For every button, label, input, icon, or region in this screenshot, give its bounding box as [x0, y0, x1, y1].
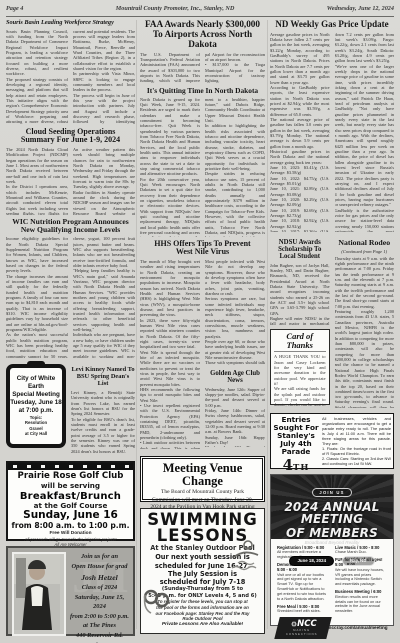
right-sub-left: NDSU Awards Scholarship To Local Student…	[270, 236, 330, 408]
schedule-item-text: We will have bouncy houses, VR games and…	[335, 568, 384, 587]
article-text: North Dakota is geared up for Quit Week,…	[140, 97, 200, 237]
article-title: It's Quitting Time In North Dakota	[140, 87, 265, 95]
ad-prairie-rose-golf: Prairie Rose Golf Club will be serving B…	[6, 461, 135, 541]
ad-time: from 8:00 a.m. to 1:00 p.m.	[8, 521, 133, 530]
article-quitting-time: It's Quitting Time In North Dakota North…	[140, 87, 265, 237]
ad-line: Breakfast/Brunch	[8, 491, 133, 502]
ad-org: City of White Earth	[10, 375, 62, 391]
ad-line: Special Meeting	[10, 391, 62, 399]
ad-open-house: JH Join us for an Open House for grad Jo…	[6, 546, 135, 636]
article-text: Income eligibility guidelines for the No…	[6, 236, 68, 358]
ad-line: Join us for an	[70, 552, 129, 562]
issue-date: Wednesday, June 12, 2024	[327, 6, 394, 12]
article-text: Levi Kinney, a Bemidji State University …	[71, 390, 135, 454]
article-levi-kinney: Levi Kinney Named To BSU Spring Dean's L…	[71, 364, 135, 456]
ad-line: Tuesday, June 18	[10, 399, 62, 407]
article-title: ND Weekly Gas Price Update	[270, 20, 394, 30]
article-faa: FAA Awards Nearly $300,000 To Airports A…	[140, 20, 265, 84]
ncc-logo-subtext: MAKING CONNECTIONS	[286, 629, 318, 637]
grad-name: Josh Hetzel	[70, 572, 129, 583]
goggles-icon	[143, 585, 169, 615]
continued-note: (Continued from Page 1)	[335, 249, 395, 255]
ad-body: All businesses, vehicles and organizatio…	[322, 416, 391, 466]
ad-address: 440 Reservoir Rd.	[70, 631, 129, 641]
gas-price-history: June 10, 2023: $3.41/g (U.S. Average: $3…	[270, 165, 330, 232]
ad-july4-parade: Entries Sought For Stanley's July 4th Pa…	[270, 413, 394, 469]
left-bottom-row: City of White Earth Special Meeting Tues…	[6, 364, 135, 456]
clipboard-clip	[27, 361, 45, 368]
article-text: Thursday starts at 9 a.m. with the eight…	[335, 256, 395, 408]
ad-line: will be serving	[8, 482, 133, 490]
left-column: Souris Basin Leading Workforce Strategy …	[6, 17, 135, 636]
schedule-item-text: Visit one or all of our booths and get s…	[277, 573, 326, 602]
newspaper-page: Page 4 Mountrail County Promoter, Inc., …	[0, 0, 400, 643]
article-text: The 2024 North Dakota Cloud Modification…	[6, 147, 68, 215]
ad-title: 2024 ANNUAL MEETING	[271, 501, 393, 525]
ad-line: at City Hall	[10, 431, 62, 437]
filmstrip-border	[8, 463, 133, 470]
article-title: FAA Awards Nearly $300,000 To Airports A…	[140, 20, 265, 50]
ncc-website-url: nccray.com/annualmeeting	[329, 626, 388, 631]
publication-name: Mountrail County Promoter, Inc., Stanley…	[116, 6, 235, 12]
article-title: WIC Nutrition Program Announces New Qual…	[6, 218, 135, 234]
ad-open-house-text: Join us for an Open House for grad Josh …	[70, 552, 129, 630]
swimmer-icon	[228, 537, 262, 571]
article-title: National Rodeo	[335, 239, 395, 247]
article-national-rodeo: National Rodeo (Continued from Page 1) T…	[335, 236, 395, 408]
ad-line: Class of 2024	[70, 583, 129, 593]
article-text: cheese, yogurt, 100 percent fruit juices…	[73, 236, 135, 358]
right-column: ND Weekly Gas Price Update Average gasol…	[270, 17, 394, 626]
ad-ncc-annual-meeting: JOIN US 2024 ANNUAL MEETING OF MEMBERS B…	[270, 474, 394, 626]
article-text: current and potential residents. The pro…	[73, 29, 135, 125]
article-text: The U.S. Department of Transportation's …	[140, 52, 200, 84]
card-of-thanks-text: A HUGE THANK YOU to Jason and Casey Lock…	[274, 354, 326, 407]
ad-line: at 7:00 p.m.	[10, 407, 62, 415]
masthead: Page 4 Mountrail County Promoter, Inc., …	[6, 6, 394, 17]
article-text: down 7.2 cents per gallon from last week…	[335, 32, 395, 232]
article-text: An active weather pattern this week shou…	[73, 147, 135, 215]
ad-date: Saturday, June 15, 2024	[70, 593, 129, 612]
schedule-item-text: Shredded beef with sides.	[277, 609, 321, 613]
page-number: Page 4	[6, 6, 23, 12]
article-wic: WIC Nutrition Program Announces New Qual…	[6, 218, 135, 358]
join-us-pill: JOIN US	[312, 488, 351, 497]
middle-column: FAA Awards Nearly $300,000 To Airports A…	[140, 17, 265, 634]
article-text: Souris Basin Planning Council, with fund…	[6, 29, 68, 125]
column-divider	[267, 20, 268, 629]
ad-white-earth-meeting: City of White Earth Special Meeting Tues…	[6, 364, 66, 456]
ad-date: Sunday, June 16	[8, 510, 133, 522]
article-title-golden-age: Golden Age Club News	[205, 370, 265, 385]
date-pill: June 18, 2024	[289, 556, 334, 566]
article-text: pal Airport for the reconstruction of an…	[205, 52, 265, 84]
article-title: HHS Offers Tips To Prevent West Nile Vir…	[140, 240, 265, 257]
column-divider	[136, 20, 137, 629]
card-of-thanks: Card of Thanks A HUGE THANK YOU to Jason…	[270, 329, 330, 405]
article-cloud-seeding: Cloud Seeding Operations Summary For Jun…	[6, 128, 135, 215]
ad-time: from 2:00 to 5:00 p.m.	[70, 612, 129, 622]
article-workforce: Souris Basin Leading Workforce Strategy …	[6, 20, 135, 125]
article-text: Most people infected with West Nile do n…	[205, 259, 265, 367]
article-text: Average gasoline prices in North Dakota …	[270, 32, 330, 165]
article-title: NDSU Awards Scholarship To Local Student	[270, 239, 330, 261]
ad-tagline: Broadband Beyond Reality	[271, 540, 393, 546]
article-west-nile: HHS Offers Tips To Prevent West Nile Vir…	[140, 240, 265, 449]
ad-line: at The Pines	[70, 621, 129, 631]
article-text: The month of May brought wet weather and…	[140, 259, 200, 449]
ad-swimming-lessons: SWIMMING LESSONS At the Stanley Outdoor …	[140, 508, 265, 634]
ad-title: Meeting Venue Change	[147, 462, 258, 487]
ad-line: Private Lessons Are Also Available!	[141, 622, 264, 629]
ad-meeting-venue-change: Meeting Venue Change The Board of Mountr…	[140, 456, 265, 502]
graphic-4: 4	[283, 456, 293, 474]
grad-photo-illustration	[14, 554, 60, 630]
article-title: Cloud Seeding Operations Summary For Jun…	[6, 128, 135, 145]
article-text: Wednesday, June 12th: Supper of sloppy-j…	[205, 387, 265, 447]
article-ndsu: NDSU Awards Scholarship To Local Student…	[270, 239, 330, 325]
ad-title: Entries Sought For Stanley's July 4th Pa…	[273, 416, 319, 456]
article-text: John Bugbee, son of Jaclyn Hall, Stanley…	[270, 263, 330, 325]
ncc-footer: ⚙NCC MAKING CONNECTIONS nccray.com/annua…	[271, 616, 393, 643]
ncc-ad-header: JOIN US 2024 ANNUAL MEETING OF MEMBERS B…	[271, 475, 393, 539]
ad-title: OF MEMBERS	[271, 527, 393, 539]
article-title: Levi Kinney Named To BSU Spring Dean's L…	[71, 367, 135, 388]
article-gas-prices: ND Weekly Gas Price Update Average gasol…	[270, 20, 394, 232]
article-title: Souris Basin Leading Workforce Strategy	[6, 20, 135, 27]
schedule-item-text: Election results and more details can be…	[335, 595, 381, 614]
ad-line: Open House for grad	[70, 562, 129, 572]
ncc-logo: ⚙NCC MAKING CONNECTIONS	[274, 617, 331, 639]
article-text: ment to a healthier, happier future," sa…	[205, 97, 265, 237]
location-pill: Ray, ND	[342, 556, 375, 566]
card-of-thanks-title: Card of Thanks	[274, 332, 326, 353]
grad-photo	[12, 552, 66, 636]
